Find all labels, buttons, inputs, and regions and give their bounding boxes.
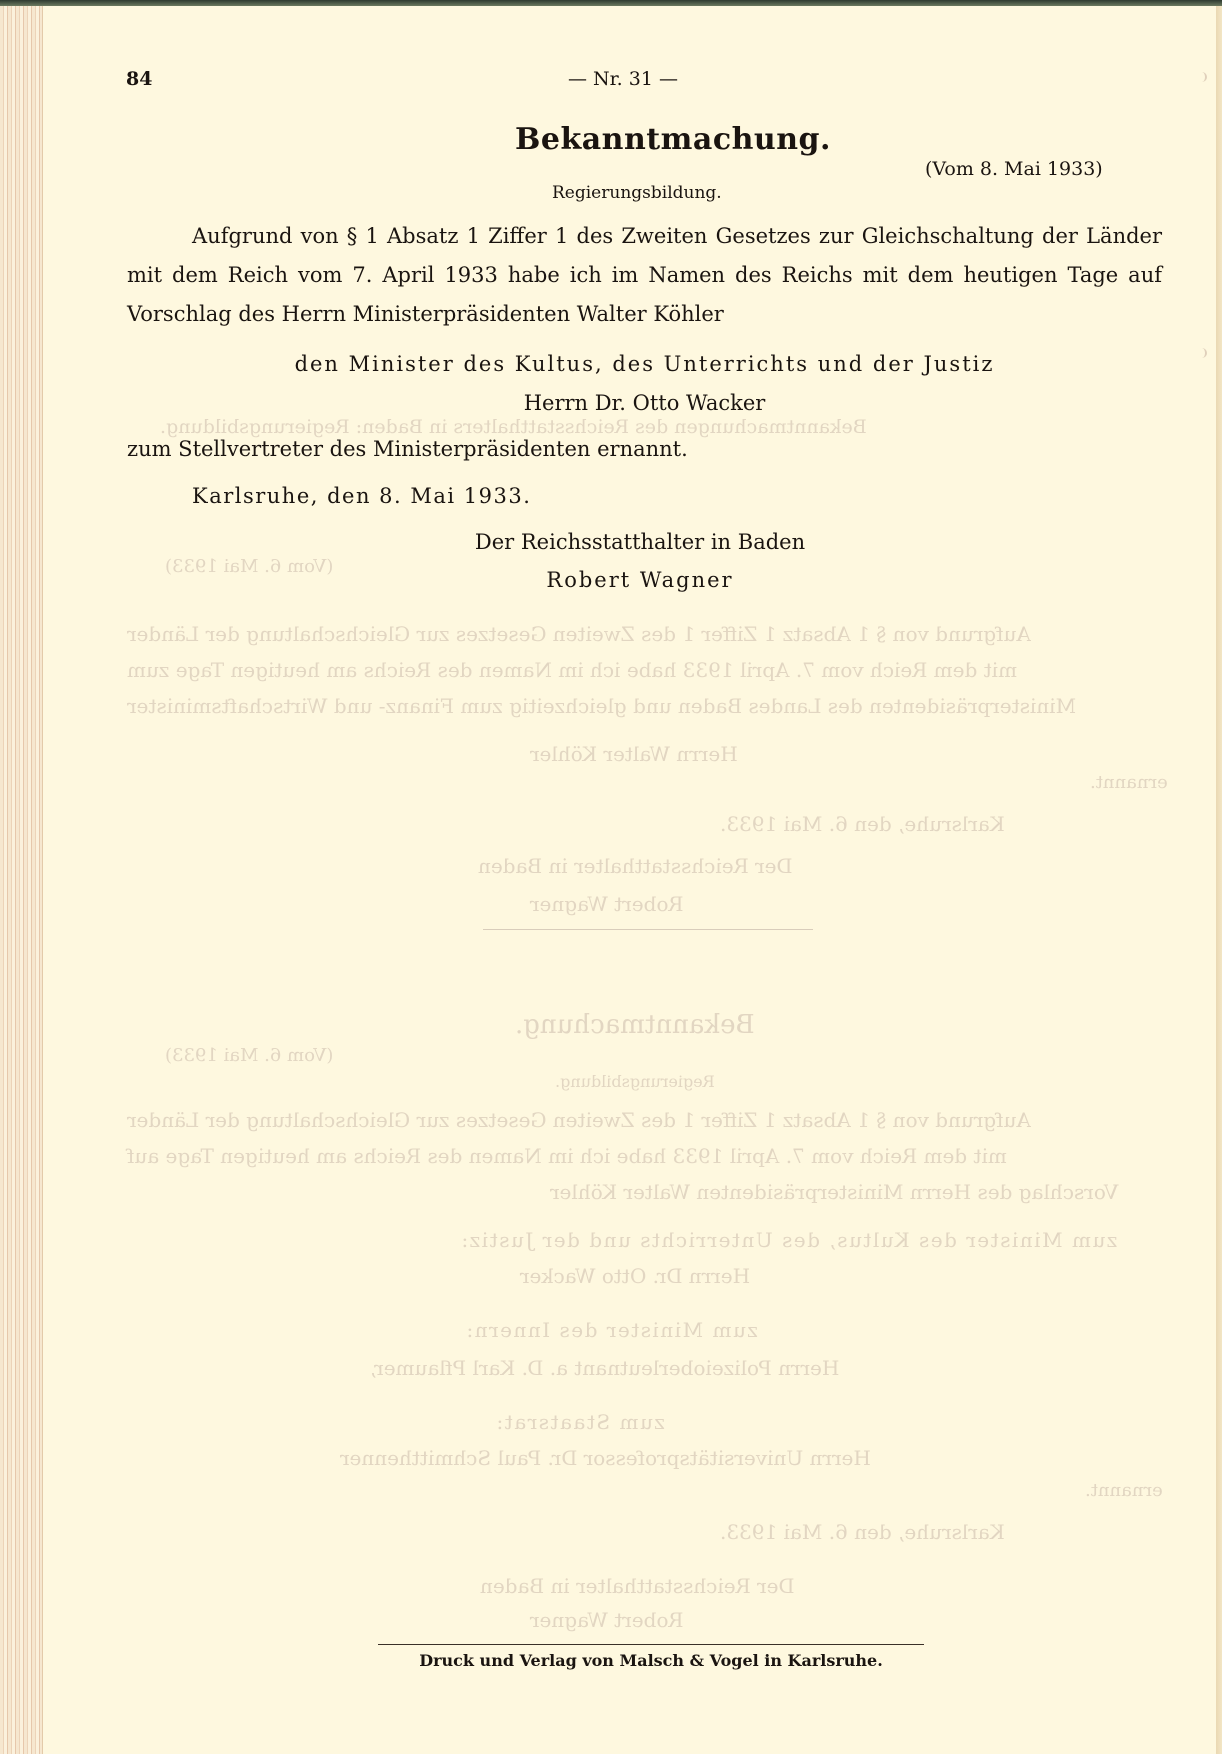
show-through-line: Karlsruhe, den 6. Mai 1933. <box>720 1520 1005 1544</box>
paragraph-line: Aufgrund von § 1 Absatz 1 Ziffer 1 des Z… <box>192 224 1162 248</box>
show-through-line: Karlsruhe, den 6. Mai 1933. <box>720 812 1005 836</box>
issue-number: — Nr. 31 — <box>568 68 678 90</box>
show-through-line: ernannt. <box>1090 772 1168 793</box>
show-through-line: Regierungsbildung. <box>555 1072 715 1091</box>
place-and-date: Karlsruhe, den 8. Mai 1933. <box>192 484 531 508</box>
paragraph-line: mit dem Reich vom 7. April 1933 habe ich… <box>127 263 1162 287</box>
appointee-name: Herrn Dr. Otto Wacker <box>127 391 1162 415</box>
show-through-line: Aufgrund von § 1 Absatz 1 Ziffer 1 des Z… <box>127 1108 1031 1132</box>
show-through-line: Robert Wagner <box>530 1608 684 1632</box>
show-through-line: Robert Wagner <box>530 892 684 916</box>
show-through-line: mit dem Reich vom 7. April 1933 habe ich… <box>127 1144 1007 1168</box>
show-through-line: Herrn Walter Köhler <box>530 742 738 766</box>
page-stack-edge <box>0 6 43 1754</box>
show-through-line: Bekanntmachungen des Reichsstatthalters … <box>160 416 867 438</box>
show-through-line: Bekanntmachung. <box>515 1010 755 1040</box>
show-through-line: mit dem Reich vom 7. April 1933 habe ich… <box>127 658 1017 682</box>
show-through-line: Vorschlag des Herrn Ministerpräsidenten … <box>550 1180 1118 1204</box>
show-through-line: Ministerpräsidenten des Landes Baden und… <box>127 694 1076 718</box>
footer-divider <box>378 1644 924 1645</box>
page-hole-mark <box>1197 348 1207 358</box>
show-through-line: Aufgrund von § 1 Absatz 1 Ziffer 1 des Z… <box>127 622 1031 646</box>
show-through-line: (Vom 6. Mai 1933) <box>165 556 333 577</box>
notice-title: Bekanntmachung. <box>515 122 831 157</box>
notice-subtitle: Regierungsbildung. <box>552 183 722 203</box>
show-through-line: Herrn Universitätsprofessor Dr. Paul Sch… <box>340 1446 871 1470</box>
book-right-edge <box>1216 6 1222 1754</box>
printer-imprint: Druck und Verlag von Malsch & Vogel in K… <box>378 1651 924 1670</box>
show-through-line: ernannt. <box>1085 1480 1163 1501</box>
page-number: 84 <box>126 68 152 90</box>
show-through-line: Der Reichsstatthalter in Baden <box>480 1574 795 1598</box>
show-through-line: Herrn Polizeioberleutnant a. D. Karl Pfl… <box>370 1356 839 1380</box>
show-through-line: zum Staatsrat: <box>495 1410 665 1434</box>
signatory-title: Der Reichsstatthalter in Baden <box>350 530 930 554</box>
show-through-line: zum Minister des Innern: <box>465 1318 758 1342</box>
show-through-line: Herrn Dr. Otto Wacker <box>520 1264 750 1288</box>
notice-date: (Vom 8. Mai 1933) <box>925 158 1103 180</box>
show-through-line: zum Minister des Kultus, des Unterrichts… <box>460 1228 1117 1252</box>
page-hole-mark <box>1197 72 1207 82</box>
signatory-name: Robert Wagner <box>350 568 930 592</box>
show-through-rule <box>483 929 813 930</box>
show-through-line: (Vom 6. Mai 1933) <box>165 1045 333 1066</box>
appointment-role: zum Stellvertreter des Ministerpräsident… <box>127 437 1162 461</box>
appointed-office: den Minister des Kultus, des Unterrichts… <box>127 352 1162 376</box>
paragraph-line: Vorschlag des Herrn Ministerpräsidenten … <box>127 302 1162 326</box>
show-through-line: Der Reichsstatthalter in Baden <box>478 854 793 878</box>
